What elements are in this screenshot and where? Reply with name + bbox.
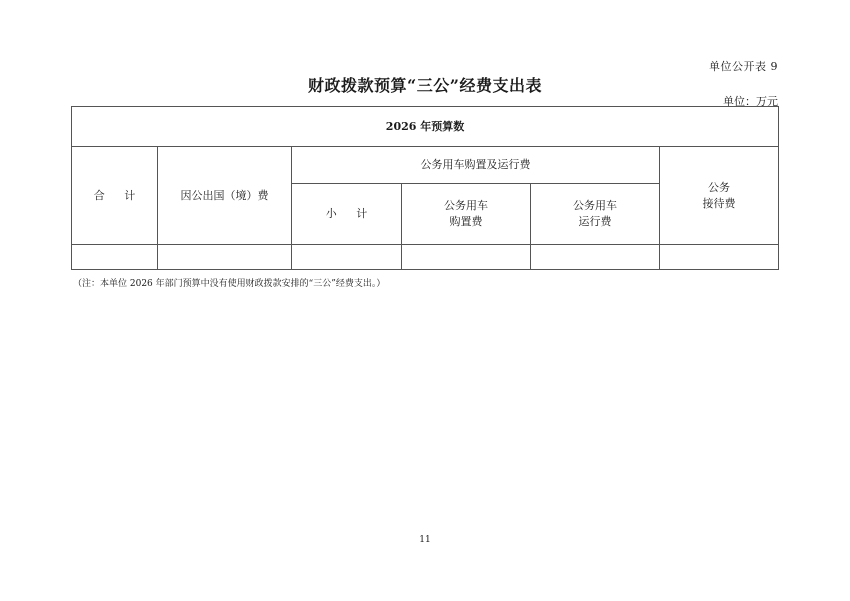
three-public-expenses-table: 2026 年预算数 合 计 因公出国（境）费 公务用车购置及运行费 公务 接待费… bbox=[71, 106, 779, 270]
vehicle-purchase-line1: 公务用车 bbox=[402, 198, 530, 214]
table-note: （注：本单位 2026 年部门预算中没有使用财政拨款安排的“三公”经费支出。） bbox=[73, 276, 385, 289]
col-vehicle-operation-header: 公务用车 运行费 bbox=[531, 184, 660, 245]
page-number: 11 bbox=[0, 535, 850, 545]
col-total-header: 合 计 bbox=[72, 147, 158, 245]
reception-label-line1: 公务 bbox=[660, 180, 778, 196]
col-vehicle-subtotal-header: 小 计 bbox=[292, 184, 402, 245]
col-reception-header: 公务 接待费 bbox=[660, 147, 779, 245]
cell-vehicle-purchase bbox=[402, 245, 531, 270]
form-number: 单位公开表 9 bbox=[709, 58, 778, 74]
cell-overseas bbox=[158, 245, 292, 270]
col-overseas-header: 因公出国（境）费 bbox=[158, 147, 292, 245]
vehicle-purchase-line2: 购置费 bbox=[402, 214, 530, 230]
cell-vehicle-operation bbox=[531, 245, 660, 270]
table-row bbox=[72, 245, 779, 270]
cell-total bbox=[72, 245, 158, 270]
cell-reception bbox=[660, 245, 779, 270]
reception-label-line2: 接待费 bbox=[660, 196, 778, 212]
vehicle-operation-line1: 公务用车 bbox=[531, 198, 659, 214]
vehicle-operation-line2: 运行费 bbox=[531, 214, 659, 230]
cell-vehicle-subtotal bbox=[292, 245, 402, 270]
col-vehicle-group-header: 公务用车购置及运行费 bbox=[292, 147, 660, 184]
col-vehicle-purchase-header: 公务用车 购置费 bbox=[402, 184, 531, 245]
budget-year-header: 2026 年预算数 bbox=[72, 107, 779, 147]
